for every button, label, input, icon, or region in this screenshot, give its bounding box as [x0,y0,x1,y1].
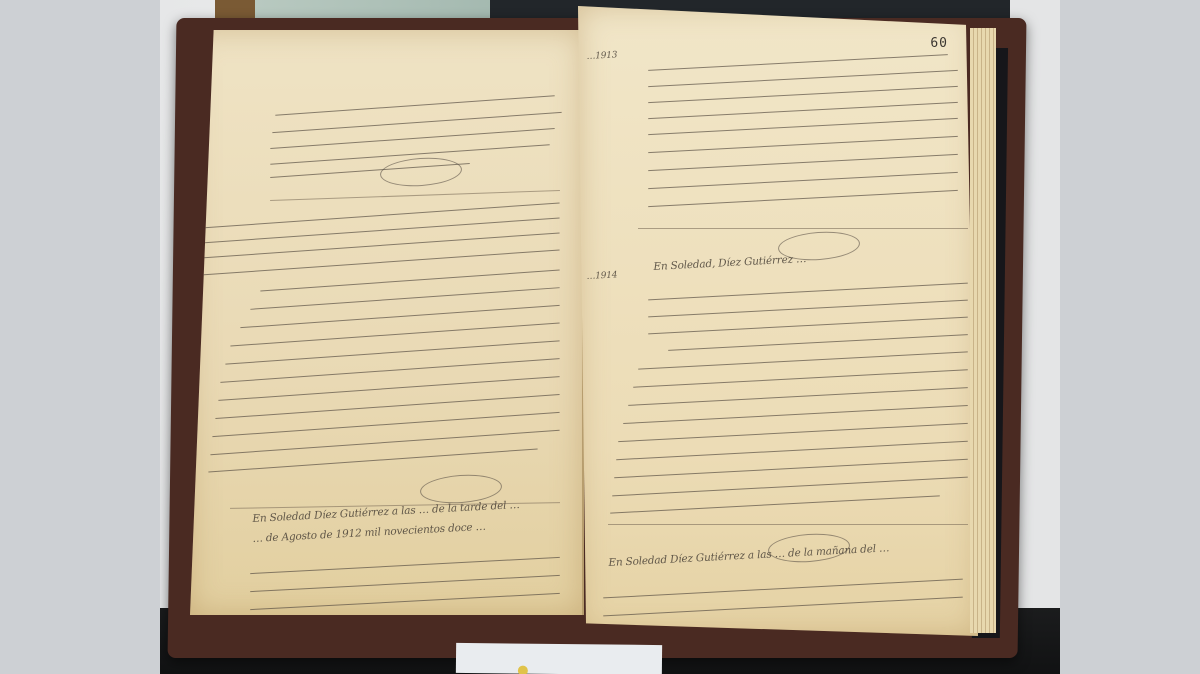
photograph: ﾠ En Soledad Díez Gutiérrez a las … de l… [160,0,1060,674]
entry-opening: En Soledad, Díez Gutiérrez … [653,250,807,277]
placard-logo-icon [518,666,528,674]
signature-flourish [379,155,463,189]
margin-note: …1914 [586,266,618,287]
entry-opening: En Soledad Díez Gutiérrez a las … de la … [608,539,890,573]
display-placard [456,643,662,674]
right-page: 60 …1913 …1914 En Soledad, Díez Gutiérre… [578,6,978,636]
page-number: 60 [930,36,948,51]
left-page: ﾠ En Soledad Díez Gutiérrez a las … de l… [190,30,584,615]
handwritten-line: ﾠ [270,89,281,109]
margin-note: …1913 [586,46,618,67]
page-edges [970,28,996,633]
